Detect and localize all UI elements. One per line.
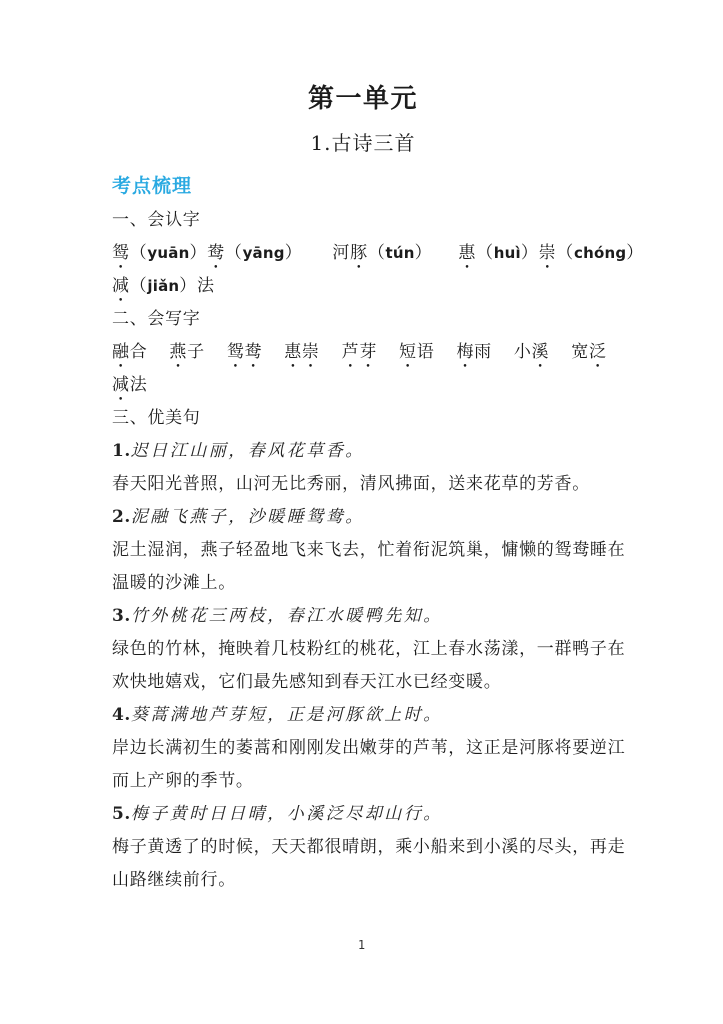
word-gap xyxy=(262,356,284,357)
text-run: ） xyxy=(189,243,207,263)
text-run: （ xyxy=(225,243,243,263)
emphasized-character: 减 xyxy=(112,276,130,296)
poem-number: 2. xyxy=(112,507,131,527)
poem-number: 1. xyxy=(112,441,131,461)
emphasized-character: 崇 xyxy=(539,243,557,263)
word-gap xyxy=(434,356,456,357)
text-run: 而上产卵的季节。 xyxy=(112,771,254,791)
text-run: 泥土湿润，燕子轻盈地飞来飞去，忙着衔泥筑巢，慵懒的鸳鸯睡在 xyxy=(112,540,625,560)
emphasized-character: 溪 xyxy=(532,342,550,362)
text-run: 山路继续前行。 xyxy=(112,870,236,890)
text-run: （ xyxy=(476,243,494,263)
poem-line: 2.泥融飞燕子，沙暖睡鸳鸯。 xyxy=(112,501,614,534)
poem-line: 5.梅子黄时日日晴，小溪泛尽却山行。 xyxy=(112,798,614,831)
text-run: 竹外桃花三两枝，春江水暖鸭先知。 xyxy=(131,606,443,626)
word-gap xyxy=(320,356,342,357)
emphasized-character: 豚 xyxy=(350,243,368,263)
text-run: （ xyxy=(130,276,148,296)
document-content: 第一单元 1.古诗三首 考点梳理 一、会认字鸳（yuān）鸯（yāng）河豚（t… xyxy=(112,82,614,897)
poem-line: 4.葵蒿满地芦芽短，正是河豚欲上时。 xyxy=(112,699,614,732)
document-lines: 一、会认字鸳（yuān）鸯（yāng）河豚（tún）惠（huì）崇（chóng）… xyxy=(112,204,614,897)
text-run: 二、会写字 xyxy=(112,309,201,329)
pinyin-text: yāng xyxy=(243,244,285,262)
word-gap xyxy=(492,356,514,357)
text-run: 温暖的沙滩上。 xyxy=(112,573,236,593)
text-line: 泥土湿润，燕子轻盈地飞来飞去，忙着衔泥筑巢，慵懒的鸳鸯睡在 xyxy=(112,534,614,567)
text-run: （ xyxy=(368,243,386,263)
text-run: 三、优美句 xyxy=(112,408,201,428)
emphasized-character: 惠崇 xyxy=(284,342,319,362)
text-line: 融合燕子鸳鸯惠崇芦芽短语梅雨小溪宽泛 xyxy=(112,336,614,369)
text-run: ） xyxy=(521,243,539,263)
text-run: 语 xyxy=(417,342,435,362)
text-run: 一、会认字 xyxy=(112,210,201,230)
lesson-title: 1.古诗三首 xyxy=(112,129,614,157)
exam-points-heading: 考点梳理 xyxy=(112,172,614,200)
poem-line: 1.迟日江山丽，春风花草香。 xyxy=(112,435,614,468)
poem-number: 5. xyxy=(112,804,131,824)
word-gap xyxy=(432,257,458,258)
text-run: 迟日江山丽，春风花草香。 xyxy=(131,441,365,461)
text-run: 绿色的竹林，掩映着几枝粉红的桃花，江上春水荡漾，一群鸭子在 xyxy=(112,639,625,659)
emphasized-character: 燕 xyxy=(169,342,187,362)
text-line: 而上产卵的季节。 xyxy=(112,765,614,798)
text-run: 宽 xyxy=(571,342,589,362)
pinyin-text: jiǎn xyxy=(147,277,179,295)
text-run: 法 xyxy=(130,375,148,395)
text-run: （ xyxy=(556,243,574,263)
text-line: 减（jiǎn）法 xyxy=(112,270,614,303)
text-line: 春天阳光普照，山河无比秀丽，清风拂面，送来花草的芳香。 xyxy=(112,468,614,501)
emphasized-character: 短 xyxy=(399,342,417,362)
pinyin-text: yuān xyxy=(147,244,189,262)
text-line: 梅子黄透了的时候，天天都很晴朗，乘小船来到小溪的尽头，再走 xyxy=(112,831,614,864)
emphasized-character: 芦芽 xyxy=(342,342,377,362)
word-gap xyxy=(549,356,571,357)
text-run: 春天阳光普照，山河无比秀丽，清风拂面，送来花草的芳香。 xyxy=(112,474,590,494)
text-run: 雨 xyxy=(474,342,492,362)
text-run: 河 xyxy=(332,243,350,263)
text-line: 欢快地嬉戏，它们最先感知到春天江水已经变暖。 xyxy=(112,666,614,699)
text-line: 山路继续前行。 xyxy=(112,864,614,897)
text-run: 葵蒿满地芦芽短，正是河豚欲上时。 xyxy=(131,705,443,725)
text-run: ） xyxy=(626,243,644,263)
text-run: 子 xyxy=(187,342,205,362)
text-run: 梅子黄时日日晴，小溪泛尽却山行。 xyxy=(131,804,443,824)
emphasized-character: 惠 xyxy=(458,243,476,263)
poem-line: 3.竹外桃花三两枝，春江水暖鸭先知。 xyxy=(112,600,614,633)
text-run: 合 xyxy=(130,342,148,362)
word-gap xyxy=(205,356,227,357)
text-run: 梅子黄透了的时候，天天都很晴朗，乘小船来到小溪的尽头，再走 xyxy=(112,837,625,857)
text-run: 小 xyxy=(514,342,532,362)
text-line: 绿色的竹林，掩映着几枝粉红的桃花，江上春水荡漾，一群鸭子在 xyxy=(112,633,614,666)
pinyin-text: tún xyxy=(386,244,415,262)
word-gap xyxy=(377,356,399,357)
emphasized-character: 融 xyxy=(112,342,130,362)
text-run: ） xyxy=(285,243,303,263)
emphasized-character: 泛 xyxy=(589,342,607,362)
text-run: 欢快地嬉戏，它们最先感知到春天江水已经变暖。 xyxy=(112,672,501,692)
text-run: 泥融飞燕子，沙暖睡鸳鸯。 xyxy=(131,507,365,527)
text-line: 鸳（yuān）鸯（yāng）河豚（tún）惠（huì）崇（chóng） xyxy=(112,237,614,270)
text-line: 岸边长满初生的萎蒿和刚刚发出嫩芽的芦苇，这正是河豚将要逆江 xyxy=(112,732,614,765)
poem-number: 4. xyxy=(112,705,131,725)
text-line: 二、会写字 xyxy=(112,303,614,336)
word-gap xyxy=(302,257,332,258)
poem-number: 3. xyxy=(112,606,131,626)
text-run: （ xyxy=(130,243,148,263)
emphasized-character: 鸳 xyxy=(112,243,130,263)
text-run: ）法 xyxy=(179,276,214,296)
text-run: 岸边长满初生的萎蒿和刚刚发出嫩芽的芦苇，这正是河豚将要逆江 xyxy=(112,738,625,758)
text-line: 温暖的沙滩上。 xyxy=(112,567,614,600)
text-line: 一、会认字 xyxy=(112,204,614,237)
pinyin-text: chóng xyxy=(574,244,626,262)
word-gap xyxy=(147,356,169,357)
emphasized-character: 梅 xyxy=(456,342,474,362)
document-page: 第一单元 1.古诗三首 考点梳理 一、会认字鸳（yuān）鸯（yāng）河豚（t… xyxy=(0,0,723,1024)
emphasized-character: 鸳鸯 xyxy=(227,342,262,362)
emphasized-character: 减 xyxy=(112,375,130,395)
unit-title: 第一单元 xyxy=(112,82,614,116)
text-line: 三、优美句 xyxy=(112,402,614,435)
text-line: 减法 xyxy=(112,369,614,402)
text-run: ） xyxy=(415,243,433,263)
emphasized-character: 鸯 xyxy=(207,243,225,263)
pinyin-text: huì xyxy=(494,244,521,262)
page-number: 1 xyxy=(0,938,723,952)
